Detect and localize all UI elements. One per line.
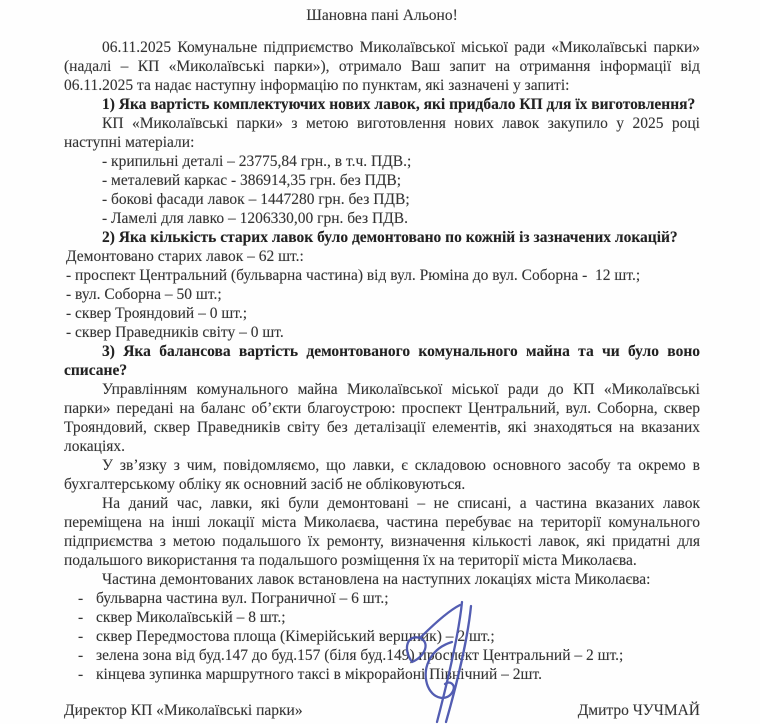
- letter-content: Шановна пані Альоно! 06.11.2025 Комуналь…: [64, 6, 700, 720]
- locations-list: - бульварна частина вул. Пограничної – 6…: [64, 589, 700, 684]
- q2-item: - сквер Праведників світу – 0 шт.: [64, 323, 700, 342]
- q2-list: - проспект Центральний (бульварна частин…: [64, 266, 700, 342]
- location-text: сквер Передмостова площа (Кімерійський в…: [96, 627, 700, 646]
- q1-list: - крипильні деталі – 23775,84 грн., в т.…: [64, 152, 700, 228]
- scanned-letter-page: Шановна пані Альоно! 06.11.2025 Комуналь…: [0, 0, 760, 724]
- location-text: бульварна частина вул. Пограничної – 6 ш…: [96, 589, 700, 608]
- q1-item: - металевий каркас - 386914,35 грн. без …: [64, 171, 700, 190]
- q2-answer-intro: Демонтовано старих лавок – 62 шт.:: [64, 247, 700, 266]
- location-text: зелена зона від буд.147 до буд.157 (біля…: [96, 646, 700, 665]
- location-item: - бульварна частина вул. Пограничної – 6…: [64, 589, 700, 608]
- signer-name: Дмитро ЧУЧМАЙ: [578, 701, 700, 720]
- q1-item: - крипильні деталі – 23775,84 грн., в т.…: [64, 152, 700, 171]
- list-dash-marker: -: [64, 665, 96, 684]
- question-3-heading: 3) Яка балансова вартість демонтованого …: [64, 342, 700, 380]
- location-item: - сквер Миколаївській – 8 шт.;: [64, 608, 700, 627]
- location-item: - зелена зона від буд.147 до буд.157 (бі…: [64, 646, 700, 665]
- q1-item: - Ламелі для лавко – 1206330,00 грн. без…: [64, 209, 700, 228]
- q1-answer-intro: КП «Миколаївські парки» з метою виготовл…: [64, 114, 700, 152]
- question-1-heading: 1) Яка вартість комплектуючих нових лаво…: [64, 95, 700, 114]
- location-item: - сквер Передмостова площа (Кімерійський…: [64, 627, 700, 646]
- list-dash-marker: -: [64, 589, 96, 608]
- q3-paragraph: У зв’язку з чим, повідомляємо, що лавки,…: [64, 456, 700, 494]
- location-text: кінцева зупинка маршрутного таксі в мікр…: [96, 665, 700, 684]
- location-item: - кінцева зупинка маршрутного таксі в мі…: [64, 665, 700, 684]
- q2-item: - проспект Центральний (бульварна частин…: [64, 266, 700, 285]
- q2-item: - вул. Соборна – 50 шт.;: [64, 285, 700, 304]
- q1-item: - бокові фасади лавок – 1447280 грн. без…: [64, 190, 700, 209]
- salutation: Шановна пані Альоно!: [64, 6, 700, 25]
- q3-paragraph: Частина демонтованих лавок встановлена н…: [64, 570, 700, 589]
- q3-paragraph: Управлінням комунального майна Миколаївс…: [64, 380, 700, 456]
- location-text: сквер Миколаївській – 8 шт.;: [96, 608, 700, 627]
- list-dash-marker: -: [64, 608, 96, 627]
- signer-title: Директор КП «Миколаївські парки»: [64, 701, 303, 720]
- signature-block: Директор КП «Миколаївські парки» Дмитро …: [64, 701, 700, 720]
- question-2-heading: 2) Яка кількість старих лавок було демон…: [64, 228, 700, 247]
- q3-paragraph: На даний час, лавки, які були демонтован…: [64, 494, 700, 570]
- intro-paragraph: 06.11.2025 Комунальне підприємство Микол…: [64, 38, 700, 95]
- list-dash-marker: -: [64, 627, 96, 646]
- q2-item: - сквер Трояндовий – 0 шт.;: [64, 304, 700, 323]
- list-dash-marker: -: [64, 646, 96, 665]
